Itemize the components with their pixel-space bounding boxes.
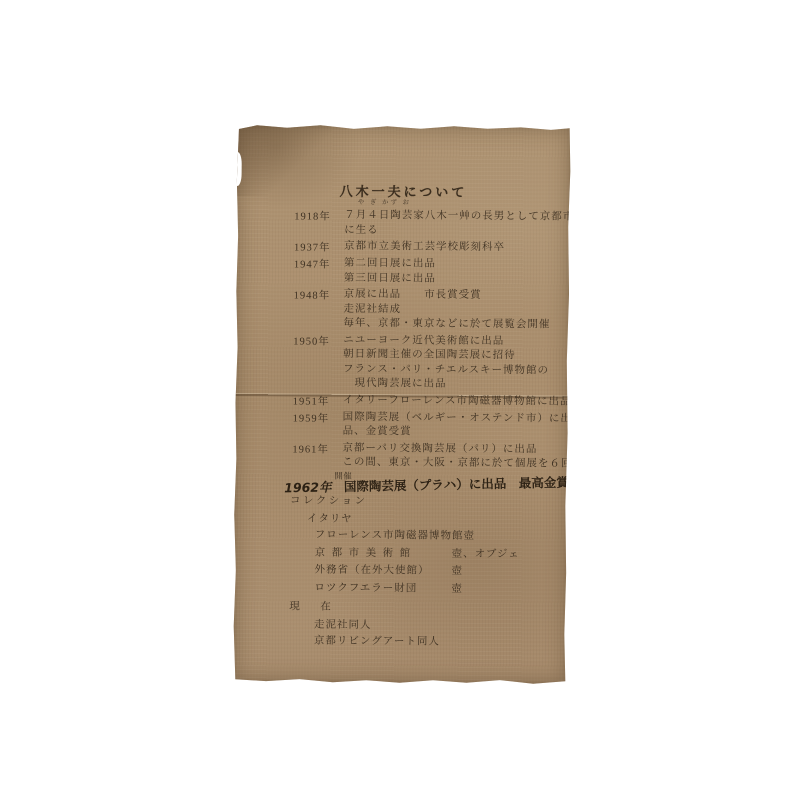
entry-line: 朝日新聞主催の全国陶芸展に招待 <box>343 348 565 364</box>
collection-item-name: フローレンス市陶磁器博物館 <box>315 529 464 543</box>
chronology-entry-1950: 1950年 ニユーヨーク近代美術館に出品 朝日新聞主催の全国陶芸展に招待 フラン… <box>293 333 565 393</box>
current-heading: 現 在 <box>289 599 563 617</box>
chronology-entry-1937: 1937年 京都市立美術工芸学校彫刻科卒 <box>294 239 566 256</box>
chronology-entry-1947: 1947年 第二回日展に出品 第三回日展に出品 <box>294 256 566 287</box>
chronology-entry-1959: 1959年 国際陶芸展（ベルギー・オステンド市）に出 品、金賞受賞 <box>293 410 565 441</box>
handwritten-text: 国際陶芸展（プラハ）に出品 最高金賞受賞 <box>344 474 594 494</box>
entry-year: 1950年 <box>293 333 335 348</box>
collection-item-name: 京都市美術館 <box>315 546 452 560</box>
chronology-entry-1948: 1948年 京展に出品 市長賞受賞 走泥社結成 毎年、京都・東京などに於て展覧会… <box>293 287 565 333</box>
chronology-list: 1918年 ７月４日陶芸家八木一艸の長男として京都市 に生る 1937年 京都市… <box>292 208 566 484</box>
collection-item-value: 壺 <box>463 530 475 543</box>
collection-item: ロツクフエラー財団 壺 <box>314 581 563 596</box>
collection-item-value: 壺 <box>451 582 463 595</box>
entry-line: 現代陶芸展に出品 <box>343 377 565 393</box>
collection-heading: コレクション <box>290 493 564 510</box>
collection-item-value: 壺、オブジェ <box>452 547 520 561</box>
title-furigana: や ぎ かず お <box>336 197 432 207</box>
collection-item: 京都市美術館 壺、オブジェ <box>315 546 564 561</box>
collection-item-name: ロツクフエラー財団 <box>314 581 451 595</box>
entry-line: ７月４日陶芸家八木一艸の長男として京都市 <box>344 209 566 225</box>
collection-item-name: 外務省（在外大使館） <box>314 564 451 578</box>
entry-line: この間、東京・大阪・京都に於て個展を６回 <box>342 456 564 472</box>
entry-line: 品、金賞受賞 <box>343 425 565 441</box>
entry-line: 第三回日展に出品 <box>344 271 566 287</box>
entry-year: 1959年 <box>293 410 335 425</box>
document-paper: 八木一夫について や ぎ かず お 1918年 ７月４日陶芸家八木一艸の長男とし… <box>233 124 571 685</box>
entry-line: 毎年、京都・東京などに於て展覧会開催 <box>343 317 565 333</box>
entry-year: 1918年 <box>294 208 336 223</box>
collection-section: コレクション イタリヤ フローレンス市陶磁器博物館 壺 京都市美術館 壺、オブジ… <box>289 493 564 600</box>
chronology-entry-1951: 1951年 イタリーフローレンス市陶磁器博物館に出品 <box>293 393 565 410</box>
entry-year: 1947年 <box>294 256 336 271</box>
current-status-section: 現 在 走泥社同人 京都リビングアート同人 <box>289 599 563 650</box>
collection-item: 外務省（在外大使館） 壺 <box>314 564 563 579</box>
collection-item: フローレンス市陶磁器博物館 壺 <box>315 529 564 544</box>
collection-country-label: イタリヤ <box>307 512 564 529</box>
entry-line: に生る <box>344 223 566 239</box>
chronology-entry-1918: 1918年 ７月４日陶芸家八木一艸の長男として京都市 に生る <box>294 208 566 239</box>
current-item: 走泥社同人 <box>314 618 563 635</box>
current-item: 京都リビングアート同人 <box>314 633 563 650</box>
entry-year: 1961年 <box>292 441 334 456</box>
entry-line: 第二回日展に出品 <box>344 257 566 273</box>
entry-line: 京展に出品 市長賞受賞 <box>344 288 566 304</box>
entry-year: 1948年 <box>294 287 336 302</box>
entry-line: イタリーフローレンス市陶磁器博物館に出品 <box>343 393 565 409</box>
entry-year: 1937年 <box>294 239 336 254</box>
entry-year: 1951年 <box>293 393 335 408</box>
photo-background: 八木一夫について や ぎ かず お 1918年 ７月４日陶芸家八木一艸の長男とし… <box>0 0 800 800</box>
entry-line: 京都市立美術工芸学校彫刻科卒 <box>344 240 566 256</box>
collection-item-value: 壺 <box>451 565 463 578</box>
